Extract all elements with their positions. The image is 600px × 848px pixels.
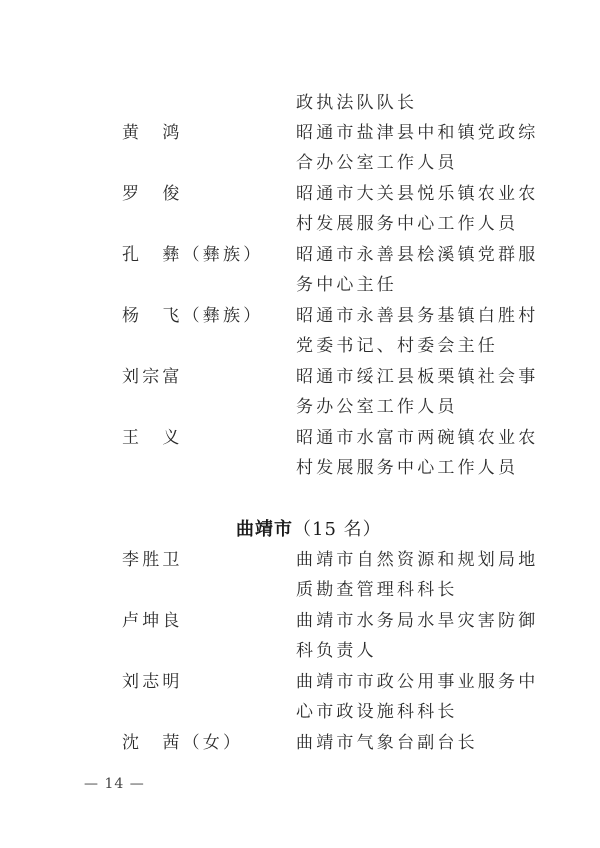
person-position: 党委书记、村委会主任 xyxy=(296,336,498,356)
person-name: 卢坤良 xyxy=(122,611,183,631)
person-position: 务办公室工作人员 xyxy=(296,397,458,417)
person-position: 曲靖市水务局水旱灾害防御 xyxy=(296,611,538,631)
person-position: 合办公室工作人员 xyxy=(296,153,458,173)
section-city: 曲靖市 xyxy=(236,519,293,540)
person-position: 昭通市绥江县板栗镇社会事 xyxy=(296,367,538,387)
person-name: 刘宗富 xyxy=(122,367,183,387)
person-position: 村发展服务中心工作人员 xyxy=(296,458,518,478)
person-position: 曲靖市自然资源和规划局地 xyxy=(296,550,538,570)
person-name: 李胜卫 xyxy=(122,550,183,570)
person-name: 杨 飞（彝族） xyxy=(122,306,263,326)
person-position: 曲靖市气象台副台长 xyxy=(296,733,478,753)
person-position: 曲靖市市政公用事业服务中 xyxy=(296,672,538,692)
person-position: 心市政设施科科长 xyxy=(296,702,458,722)
person-position: 质勘查管理科科长 xyxy=(296,580,458,600)
page-number: — 14 — xyxy=(84,776,145,792)
person-position: 务中心主任 xyxy=(296,275,397,295)
section-count: （15 名） xyxy=(293,519,382,540)
person-position: 昭通市永善县务基镇白胜村 xyxy=(296,306,538,326)
person-name: 孔 彝（彝族） xyxy=(122,245,263,265)
person-position: 村发展服务中心工作人员 xyxy=(296,214,518,234)
person-position: 昭通市永善县桧溪镇党群服 xyxy=(296,245,538,265)
person-position: 昭通市水富市两碗镇农业农 xyxy=(296,428,538,448)
section-heading: 曲靖市（15 名） xyxy=(236,515,382,541)
person-name: 黄 鸿 xyxy=(122,123,183,143)
person-position: 科负责人 xyxy=(296,641,377,661)
person-name: 刘志明 xyxy=(122,672,183,692)
person-name: 王 义 xyxy=(122,428,183,448)
position-continuation: 政执法队队长 xyxy=(296,93,417,113)
person-name: 沈 茜（女） xyxy=(122,733,243,753)
person-position: 昭通市大关县悦乐镇农业农 xyxy=(296,184,538,204)
person-name: 罗 俊 xyxy=(122,184,183,204)
person-position: 昭通市盐津县中和镇党政综 xyxy=(296,123,538,143)
document-page: 政执法队队长 黄 鸿 昭通市盐津县中和镇党政综 合办公室工作人员 罗 俊 昭通市… xyxy=(0,0,600,848)
